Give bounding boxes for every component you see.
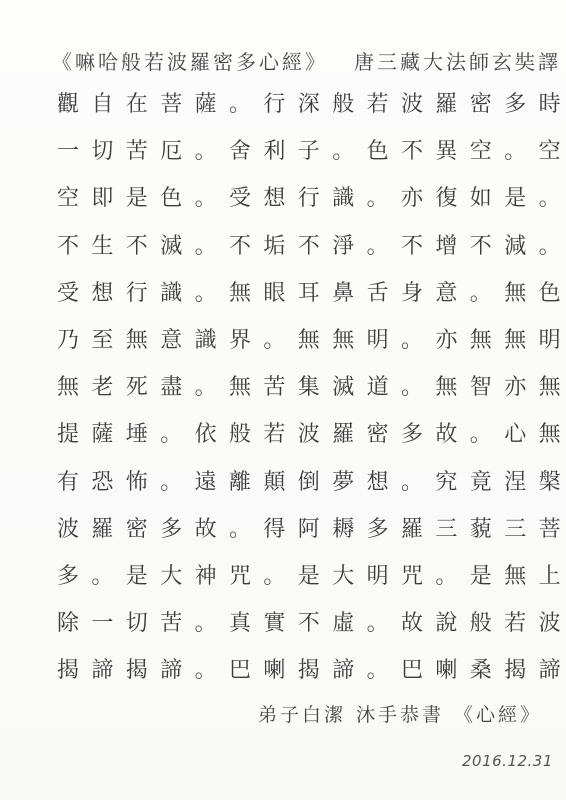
text-line: 不生不滅。不垢不淨。不增不減。是故。空中無色。無: [57, 230, 557, 277]
text-line: 觀自在菩薩。行深般若波羅密多時。照見五蘊皆空。度: [57, 88, 557, 135]
text-line: 波羅密多故。得阿耨多羅三藐三菩提。故知般若波羅密: [57, 513, 557, 560]
text-line: 除一切苦。真實不虛。故說般若波羅密多咒。即說咒曰：: [57, 607, 557, 654]
signature-line: 弟子白潔沐手恭書《心經》: [258, 700, 552, 727]
text-line: 多。是大神咒。是大明咒。是無上咒。是無等等咒。能: [57, 560, 557, 607]
text-line: 受想行識。無眼耳鼻舌身意。無色聲香味觸法。無眼界: [57, 277, 557, 324]
signer-action: 沐手恭書: [356, 704, 444, 726]
translator-credit: 唐三藏大法師玄奘譯: [354, 50, 561, 74]
text-line: 空即是色。受想行識。亦復如是。舍利子。是諸法空相。: [57, 182, 557, 229]
text-line: 提薩埵。依般若波羅密多故。心無罣礙。無罣礙故。無: [57, 418, 557, 465]
text-line: 無老死盡。無苦集滅道。無智亦無得。亦無所得故。菩: [57, 371, 557, 418]
text-line: 一切苦厄。舍利子。色不異空。空不異色。色即是空。: [57, 135, 557, 182]
text-line: 有恐怖。遠離顛倒夢想。究竟涅槃。三世諸佛。依般若: [57, 466, 557, 513]
text-line: 乃至無意識界。無無明。亦無無明盡。乃至無老死。亦: [57, 324, 557, 371]
signer-name: 弟子白潔: [258, 704, 346, 726]
work-name: 《心經》: [454, 704, 542, 726]
text-line: 揭諦揭諦。巴喇揭諦。巴喇桑揭諦。婆提薩婆訶。: [57, 654, 557, 701]
sutra-title: 《嘛哈般若波羅密多心經》: [52, 50, 328, 74]
date-stamp: 2016.12.31: [462, 752, 553, 770]
sutra-body: 觀自在菩薩。行深般若波羅密多時。照見五蘊皆空。度 一切苦厄。舍利子。色不異空。空…: [57, 88, 557, 701]
title-line: 《嘛哈般若波羅密多心經》唐三藏大法師玄奘譯: [52, 46, 552, 75]
handwritten-sutra-page: 《嘛哈般若波羅密多心經》唐三藏大法師玄奘譯 觀自在菩薩。行深般若波羅密多時。照見…: [0, 0, 566, 800]
